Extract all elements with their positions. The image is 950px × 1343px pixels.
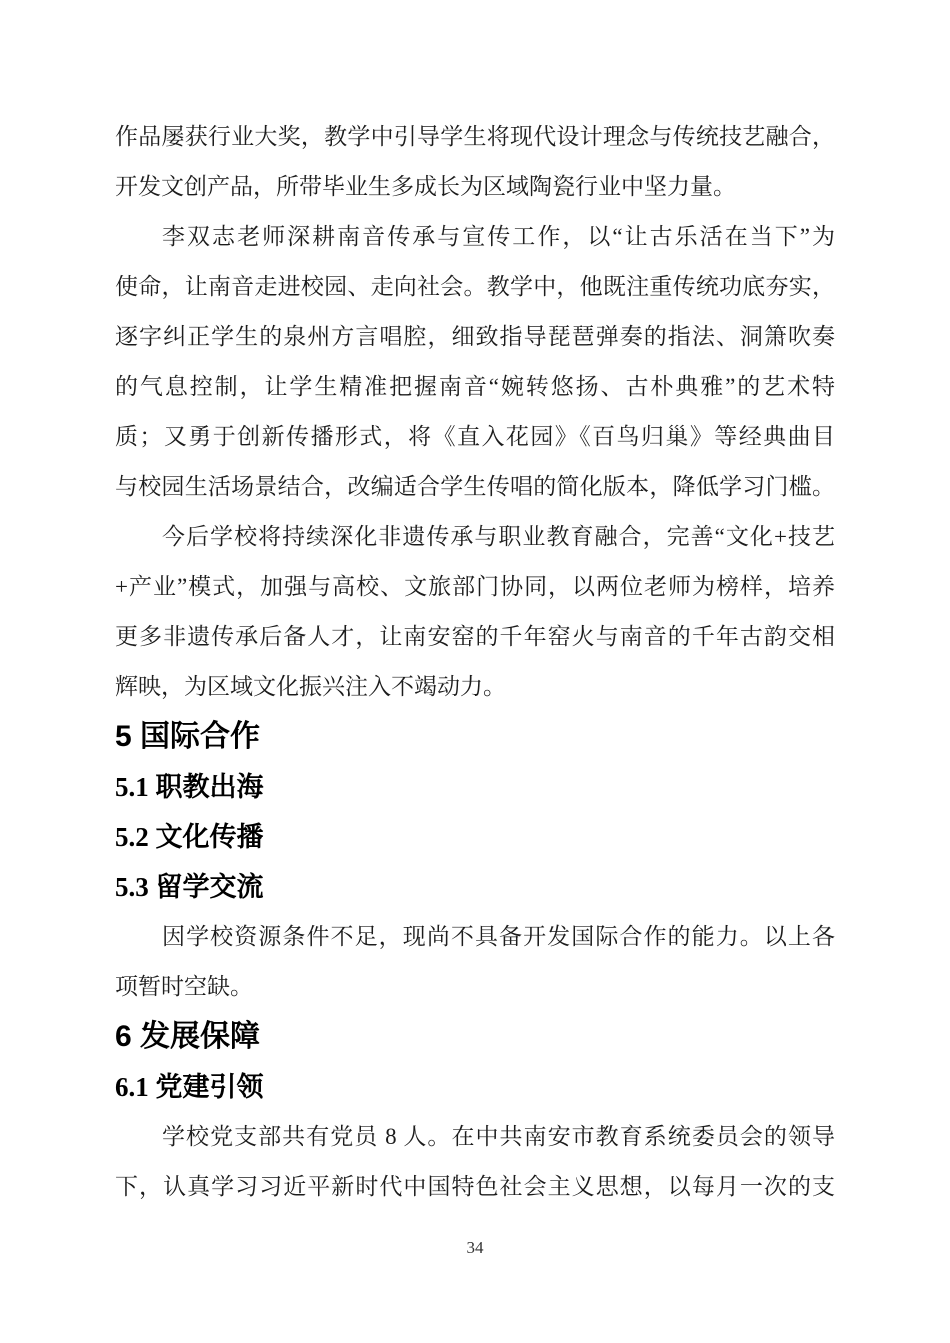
paragraph-line: 今后学校将持续深化非遗传承与职业教育融合，完善“文化+技艺 xyxy=(115,512,835,562)
subsection-heading-6-1: 6.1 党建引领 xyxy=(115,1062,835,1112)
paragraph-line: 使命，让南音走进校园、走向社会。教学中，他既注重传统功底夯实， xyxy=(115,262,835,312)
page-number: 34 xyxy=(467,1238,484,1257)
paragraph-line: 的气息控制，让学生精准把握南音“婉转悠扬、古朴典雅”的艺术特 xyxy=(115,362,835,412)
paragraph-line: +产业”模式，加强与高校、文旅部门协同，以两位老师为榜样，培养 xyxy=(115,562,835,612)
paragraph-line: 质；又勇于创新传播形式，将《直入花园》《百鸟归巢》等经典曲目 xyxy=(115,412,835,462)
paragraph-line: 更多非遗传承后备人才，让南安窑的千年窑火与南音的千年古韵交相 xyxy=(115,612,835,662)
paragraph-line: 李双志老师深耕南音传承与宣传工作，以“让古乐活在当下”为 xyxy=(115,212,835,262)
paragraph-line: 学校党支部共有党员 8 人。在中共南安市教育系统委员会的领导 xyxy=(115,1112,835,1162)
subsection-heading-5-2: 5.2 文化传播 xyxy=(115,812,835,862)
paragraph-line: 作品屡获行业大奖，教学中引导学生将现代设计理念与传统技艺融合， xyxy=(115,112,835,162)
paragraph-line: 因学校资源条件不足，现尚不具备开发国际合作的能力。以上各 xyxy=(115,912,835,962)
paragraph-continued: 作品屡获行业大奖，教学中引导学生将现代设计理念与传统技艺融合， 开发文创产品，所… xyxy=(115,112,835,212)
paragraph-line: 项暂时空缺。 xyxy=(115,962,835,1012)
paragraph: 李双志老师深耕南音传承与宣传工作，以“让古乐活在当下”为 使命，让南音走进校园、… xyxy=(115,212,835,512)
subsection-heading-5-1: 5.1 职教出海 xyxy=(115,762,835,812)
page-footer: 34 xyxy=(0,1238,950,1258)
paragraph-line: 辉映，为区域文化振兴注入不竭动力。 xyxy=(115,662,835,712)
paragraph-line: 与校园生活场景结合，改编适合学生传唱的简化版本，降低学习门槛。 xyxy=(115,462,835,512)
document-body: 作品屡获行业大奖，教学中引导学生将现代设计理念与传统技艺融合， 开发文创产品，所… xyxy=(115,112,835,1212)
subsection-heading-5-3: 5.3 留学交流 xyxy=(115,862,835,912)
document-page: 作品屡获行业大奖，教学中引导学生将现代设计理念与传统技艺融合， 开发文创产品，所… xyxy=(0,0,950,1343)
section-heading-6: 6 发展保障 xyxy=(115,1012,835,1062)
section-heading-5: 5 国际合作 xyxy=(115,712,835,762)
paragraph-line: 下，认真学习习近平新时代中国特色社会主义思想，以每月一次的支 xyxy=(115,1162,835,1212)
paragraph-line: 逐字纠正学生的泉州方言唱腔，细致指导琵琶弹奏的指法、洞箫吹奏 xyxy=(115,312,835,362)
paragraph: 今后学校将持续深化非遗传承与职业教育融合，完善“文化+技艺 +产业”模式，加强与… xyxy=(115,512,835,712)
paragraph-line: 开发文创产品，所带毕业生多成长为区域陶瓷行业中坚力量。 xyxy=(115,162,835,212)
paragraph: 因学校资源条件不足，现尚不具备开发国际合作的能力。以上各 项暂时空缺。 xyxy=(115,912,835,1012)
paragraph: 学校党支部共有党员 8 人。在中共南安市教育系统委员会的领导 下，认真学习习近平… xyxy=(115,1112,835,1212)
